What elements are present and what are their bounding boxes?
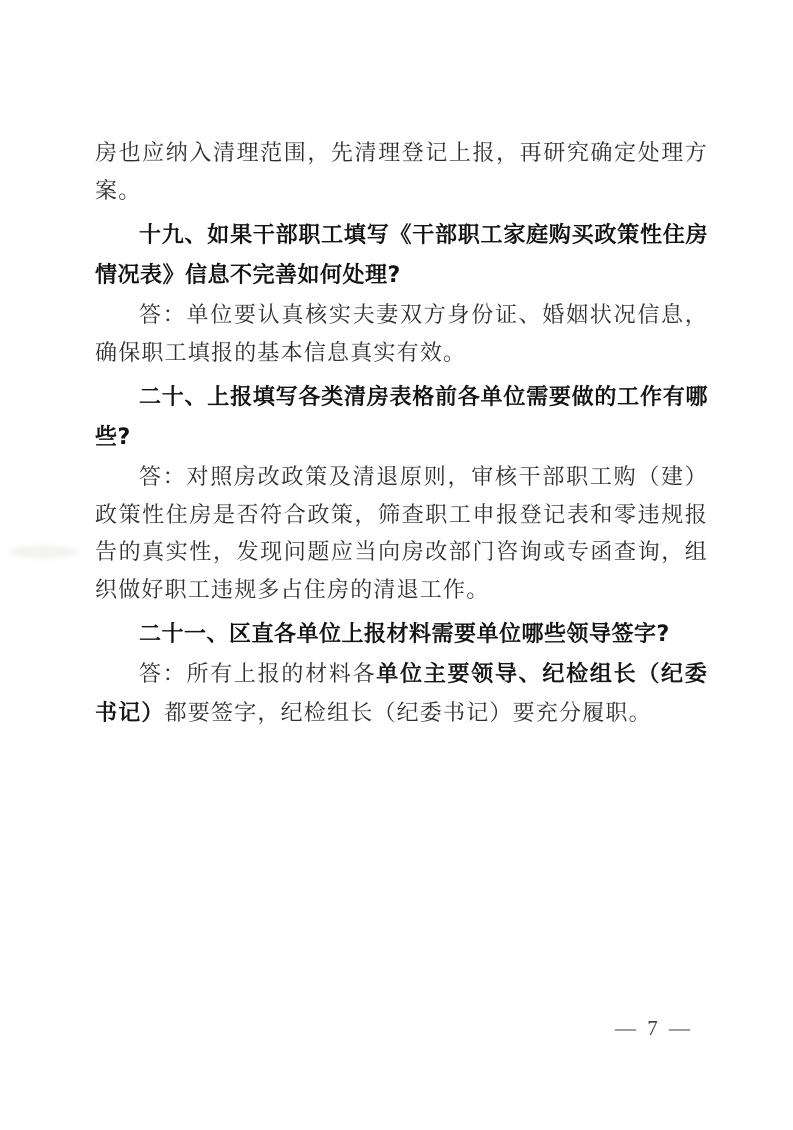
answer-paragraph: 答：所有上报的材料各单位主要领导、纪检组长（纪委书记）都要签字，纪检组长（纪委书…: [95, 655, 708, 732]
text-segment: 二十、上报填写各类清房表格前各单位需要做的工作有哪些?: [95, 385, 708, 450]
answer-paragraph: 答：对照房改政策及清退原则，审核干部职工购（建）政策性住房是否符合政策，筛查职工…: [95, 458, 708, 608]
question-heading: 二十一、区直各单位上报材料需要单位哪些领导签字?: [95, 615, 708, 655]
text-segment: 十九、如果干部职工填写《干部职工家庭购买政策性住房情况表》信息不完善如何处理?: [95, 223, 708, 288]
text-segment: 都要签字，纪检组长（纪委书记）要充分履职。: [165, 700, 652, 725]
text-segment: 答：单位要认真核实夫妻双方身份证、婚姻状况信息，确保职工填报的基本信息真实有效。: [95, 302, 708, 365]
question-heading: 二十、上报填写各类清房表格前各单位需要做的工作有哪些?: [95, 378, 708, 458]
question-heading: 十九、如果干部职工填写《干部职工家庭购买政策性住房情况表》信息不完善如何处理?: [95, 216, 708, 296]
text-segment: 房也应纳入清理范围，先清理登记上报，再研究确定处理方案。: [95, 140, 708, 203]
text-segment: 二十一、区直各单位上报材料需要单位哪些领导签字?: [139, 622, 670, 647]
document-page: 房也应纳入清理范围，先清理登记上报，再研究确定处理方案。十九、如果干部职工填写《…: [0, 0, 793, 1130]
document-body: 房也应纳入清理范围，先清理登记上报，再研究确定处理方案。十九、如果干部职工填写《…: [95, 134, 708, 732]
text-segment: 答：所有上报的材料各: [139, 661, 376, 686]
page-number: — 7 —: [615, 1016, 693, 1041]
answer-paragraph: 答：单位要认真核实夫妻双方身份证、婚姻状况信息，确保职工填报的基本信息真实有效。: [95, 296, 708, 371]
answer-paragraph: 房也应纳入清理范围，先清理登记上报，再研究确定处理方案。: [95, 134, 708, 209]
scan-smudge-artifact: [8, 546, 78, 558]
text-segment: 答：对照房改政策及清退原则，审核干部职工购（建）政策性住房是否符合政策，筛查职工…: [95, 464, 708, 602]
